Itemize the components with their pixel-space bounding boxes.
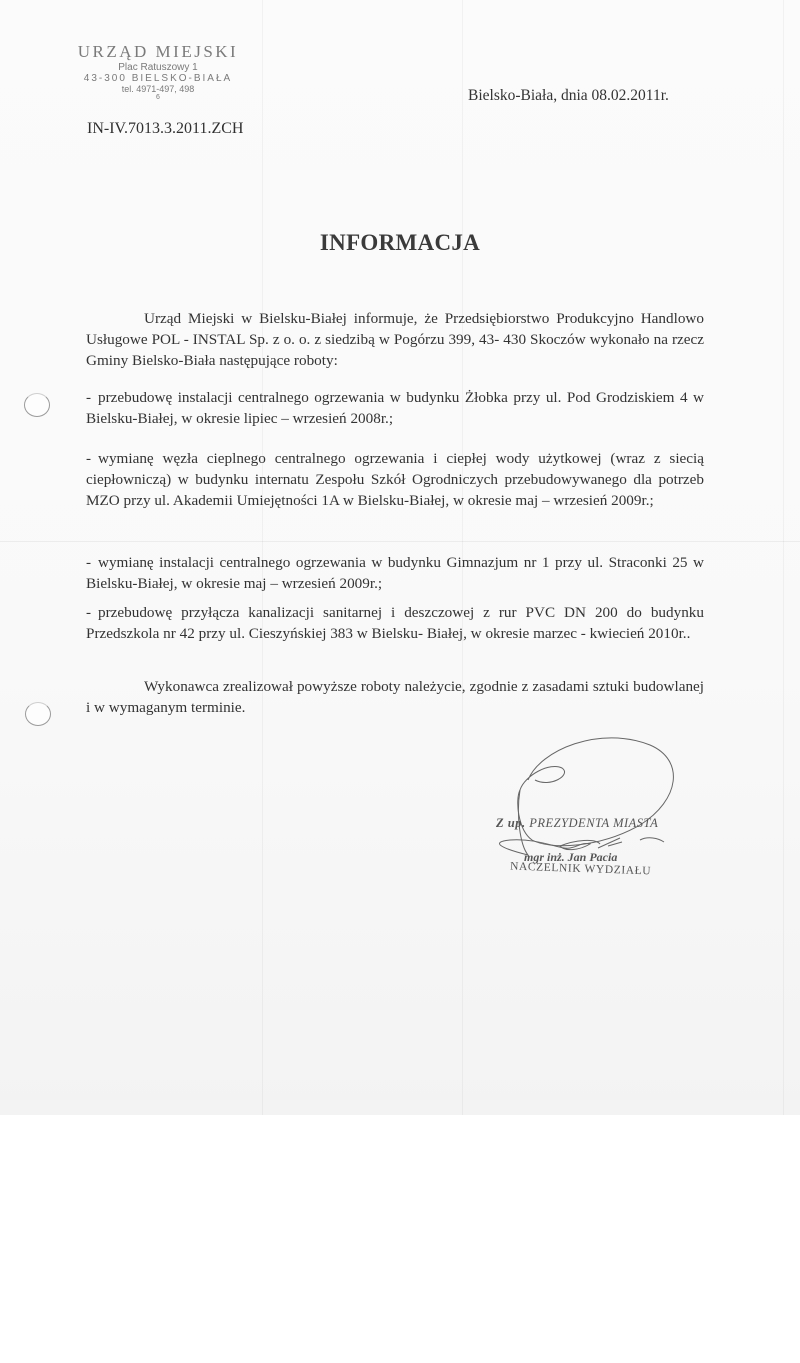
list-item-text: przebudowę przyłącza kanalizacji sanitar… <box>86 604 704 642</box>
signature-block: Z up. PREZYDENTA MIASTA mgr inż. Jan Pac… <box>480 720 700 890</box>
stamp-office-name: URZĄD MIEJSKI <box>58 42 258 62</box>
signature-on-behalf: Z up. <box>496 816 526 830</box>
list-item-text: wymianę węzła cieplnego centralnego ogrz… <box>86 450 704 509</box>
list-item: -przebudowę instalacji centralnego ogrze… <box>86 387 704 429</box>
intro-paragraph: Urząd Miejski w Bielsku-Białej informuje… <box>86 308 704 371</box>
list-item: -wymianę instalacji centralnego ogrzewan… <box>86 552 704 594</box>
scanned-document-page: URZĄD MIEJSKI Plac Ratuszowy 1 43-300 BI… <box>0 0 800 1115</box>
list-item: -przebudowę przyłącza kanalizacji sanita… <box>86 602 704 644</box>
reference-number: IN-IV.7013.3.2011.ZCH <box>87 120 243 138</box>
place-and-date: Bielsko-Biała, dnia 08.02.2011r. <box>468 87 669 105</box>
list-dash: - <box>86 602 98 623</box>
scan-fold-line <box>783 0 784 1115</box>
list-item-text: wymianę instalacji centralnego ogrzewani… <box>86 554 704 592</box>
list-item-text: przebudowę instalacji centralnego ogrzew… <box>86 389 704 427</box>
list-dash: - <box>86 387 98 408</box>
punch-hole-icon <box>25 702 51 726</box>
stamp-mark: 6 <box>58 94 258 102</box>
list-dash: - <box>86 448 98 469</box>
signature-authority: Z up. PREZYDENTA MIASTA <box>496 816 658 831</box>
stamp-city: 43-300 BIELSKO-BIAŁA <box>58 73 258 84</box>
stamp-phone: tel. 4971-497, 498 <box>58 84 258 94</box>
stamp-street: Plac Ratuszowy 1 <box>58 62 258 73</box>
signature-authority-title: PREZYDENTA MIASTA <box>529 816 658 830</box>
punch-hole-icon <box>24 393 50 417</box>
scan-fold-line <box>0 541 800 542</box>
document-title: INFORMACJA <box>0 230 800 256</box>
office-stamp: URZĄD MIEJSKI Plac Ratuszowy 1 43-300 BI… <box>58 42 258 102</box>
list-item: -wymianę węzła cieplnego centralnego ogr… <box>86 448 704 511</box>
list-dash: - <box>86 552 98 573</box>
closing-paragraph: Wykonawca zrealizował powyższe roboty na… <box>86 676 704 718</box>
